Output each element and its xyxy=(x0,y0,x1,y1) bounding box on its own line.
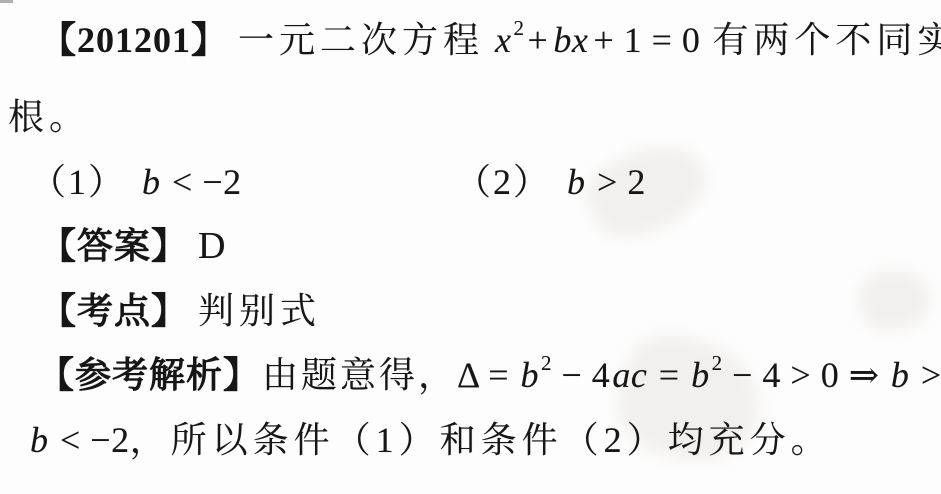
scan-artifact-mark xyxy=(0,0,13,3)
equation-plus-operator: + xyxy=(525,20,552,60)
stem-text-post: 有两个不同实 xyxy=(712,20,941,60)
problem-statement-line-1: 【201201】一元二次方程 x2+bx+ 1 = 0 有两个不同实 xyxy=(40,16,941,64)
condition-2: （2）b > 2 xyxy=(455,158,646,206)
formula-exp-2: 2 xyxy=(712,351,723,375)
condition-2-label: （2） xyxy=(455,162,551,202)
problem-id-tag: 【201201】 xyxy=(40,20,228,60)
scanned-document-page: 【201201】一元二次方程 x2+bx+ 1 = 0 有两个不同实 根。 （1… xyxy=(0,0,941,494)
answer-row: 【答案】D xyxy=(40,222,226,270)
problem-statement-line-2: 根。 xyxy=(8,93,90,141)
condition-2-relation: > 2 xyxy=(588,162,646,202)
stem-text-pre: 一元二次方程 xyxy=(238,20,484,60)
condition-2-variable: b xyxy=(565,162,588,202)
formula-implies: − 4 > 0 ⇒ xyxy=(723,355,889,395)
equation-var-x: x xyxy=(493,20,513,60)
quadratic-equation: x2+bx+ 1 = 0 xyxy=(493,20,703,60)
answer-tag: 【答案】 xyxy=(40,226,188,266)
condition-1-variable: b xyxy=(140,162,163,202)
formula-var-b1: b xyxy=(519,355,542,395)
topic-value: 判别式 xyxy=(198,291,321,331)
watermark-blob xyxy=(855,264,934,335)
analysis-intro: 由题意得， xyxy=(262,355,457,395)
topic-row: 【考点】判别式 xyxy=(40,287,321,335)
equation-term-bx: bx xyxy=(551,20,590,60)
condition-1-expression: b < −2 xyxy=(140,162,242,202)
conclusion-relation: < −2 xyxy=(51,420,130,460)
condition-1-label: （1） xyxy=(30,162,126,202)
stem-text-continuation: 根。 xyxy=(8,97,90,137)
conclusion-text: ，所以条件（1）和条件（2）均充分。 xyxy=(130,420,832,460)
topic-tag: 【考点】 xyxy=(40,291,188,331)
condition-1-relation: < −2 xyxy=(163,162,242,202)
formula-var-b3: b xyxy=(889,355,912,395)
analysis-line-2: b < −2，所以条件（1）和条件（2）均充分。 xyxy=(28,416,832,464)
formula-delta: Δ = xyxy=(457,355,518,395)
condition-1: （1）b < −2 xyxy=(30,158,242,206)
formula-var-ac: ac xyxy=(610,355,649,395)
conclusion-expression: b < −2 xyxy=(28,420,130,460)
discriminant-formula: Δ = b2 − 4ac = b2 − 4 > 0 ⇒ b > 2 xyxy=(457,355,941,395)
formula-relation: > 2 xyxy=(911,355,941,395)
equation-exponent: 2 xyxy=(514,16,525,40)
condition-2-expression: b > 2 xyxy=(565,162,646,202)
analysis-line-1: 【参考解析】由题意得，Δ = b2 − 4ac = b2 − 4 > 0 ⇒ b… xyxy=(38,351,941,399)
conclusion-variable: b xyxy=(28,420,51,460)
formula-equals: = xyxy=(649,355,689,395)
formula-minus-4: − 4 xyxy=(552,355,610,395)
formula-var-b2: b xyxy=(689,355,712,395)
formula-exp-1: 2 xyxy=(541,351,552,375)
answer-value: D xyxy=(198,225,226,267)
equation-tail: + 1 = 0 xyxy=(590,20,703,60)
analysis-tag: 【参考解析】 xyxy=(38,355,260,395)
